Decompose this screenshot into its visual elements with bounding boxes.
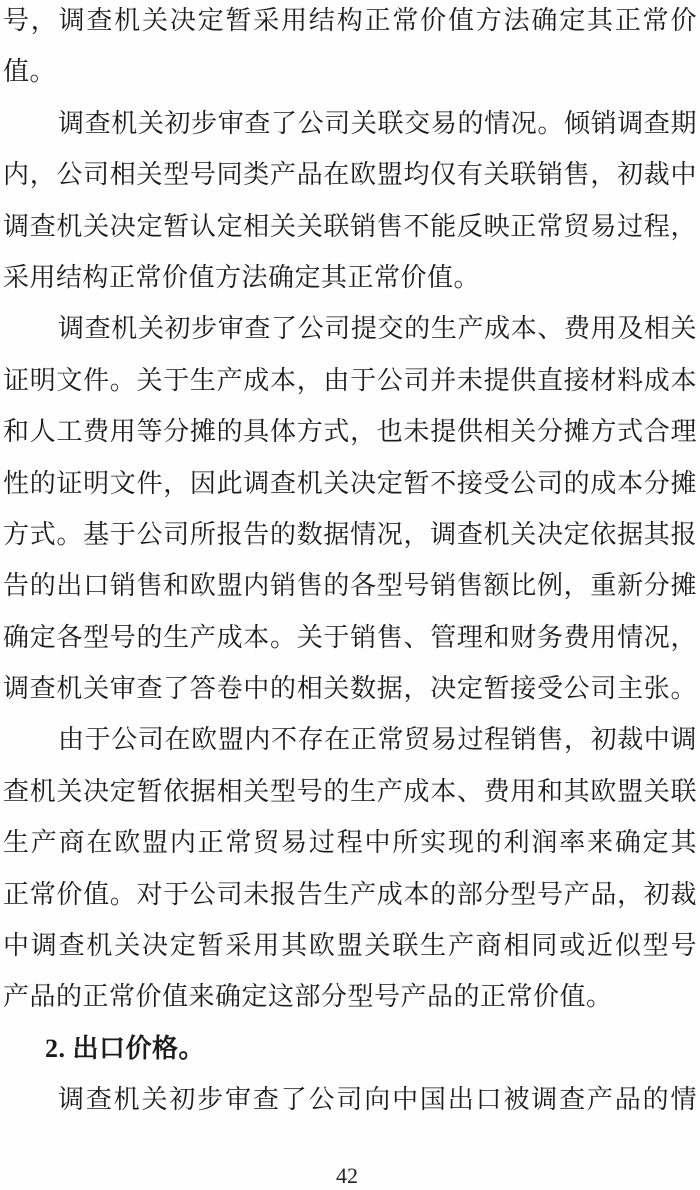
page-number: 42	[0, 1164, 694, 1188]
text-line: 内，公司相关型号同类产品在欧盟均仅有关联销售，初裁中	[3, 149, 697, 200]
text-line: 产品的正常价值来确定这部分型号产品的正常价值。	[3, 971, 697, 1022]
text-line: 正常价值。对于公司未报告生产成本的部分型号产品，初裁	[3, 869, 697, 920]
section-heading: 2. 出口价格。	[3, 1023, 697, 1074]
text-line: 调查机关决定暂认定相关关联销售不能反映正常贸易过程，	[3, 201, 697, 252]
text-line: 由于公司在欧盟内不存在正常贸易过程销售，初裁中调	[3, 714, 697, 765]
text-line: 调查机关审查了答卷中的相关数据，决定暂接受公司主张。	[3, 663, 697, 714]
text-line: 方式。基于公司所报告的数据情况，调查机关决定依据其报	[3, 509, 697, 560]
text-line: 生产商在欧盟内正常贸易过程中所实现的利润率来确定其	[3, 817, 697, 868]
text-line: 和人工费用等分摊的具体方式，也未提供相关分摊方式合理	[3, 406, 697, 457]
text-line: 证明文件。关于生产成本，由于公司并未提供直接材料成本	[3, 355, 697, 406]
text-line: 采用结构正常价值方法确定其正常价值。	[3, 252, 697, 303]
text-line: 值。	[3, 46, 697, 97]
text-line: 号，调查机关决定暂采用结构正常价值方法确定其正常价	[3, 0, 697, 46]
document-page: 号，调查机关决定暂采用结构正常价值方法确定其正常价值。调查机关初步审查了公司关联…	[0, 0, 700, 1190]
document-text-body: 号，调查机关决定暂采用结构正常价值方法确定其正常价值。调查机关初步审查了公司关联…	[3, 0, 697, 1126]
text-line: 确定各型号的生产成本。关于销售、管理和财务费用情况，	[3, 612, 697, 663]
text-line: 告的出口销售和欧盟内销售的各型号销售额比例，重新分摊	[3, 560, 697, 611]
text-line: 性的证明文件，因此调查机关决定暂不接受公司的成本分摊	[3, 458, 697, 509]
text-line: 调查机关初步审查了公司提交的生产成本、费用及相关	[3, 303, 697, 354]
text-line: 调查机关初步审查了公司关联交易的情况。倾销调查期	[3, 98, 697, 149]
text-line: 调查机关初步审查了公司向中国出口被调查产品的情	[3, 1074, 697, 1125]
text-line: 查机关决定暂依据相关型号的生产成本、费用和其欧盟关联	[3, 766, 697, 817]
text-line: 中调查机关决定暂采用其欧盟关联生产商相同或近似型号	[3, 920, 697, 971]
